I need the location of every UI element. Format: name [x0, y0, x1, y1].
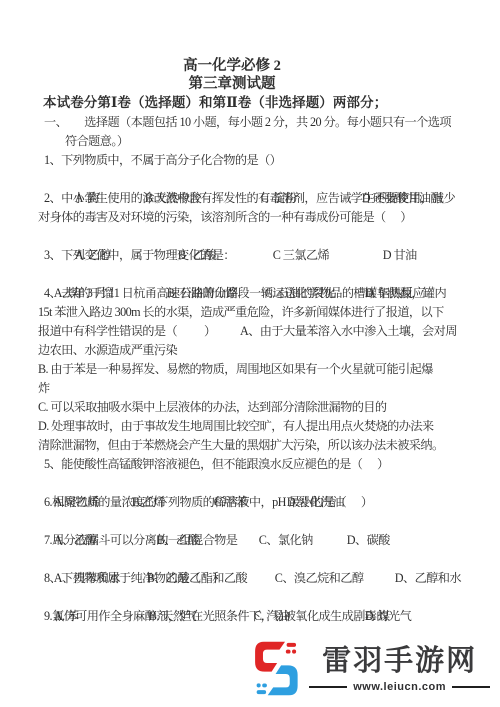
section-header-line1: 一、 选择题（本题包括 10 小题，每小题 2 分，共 20 分。每小题只有一个… — [44, 113, 488, 132]
q4-line-1: 4、去年 3 月 11 日杭甬高速公路萧山路段一辆运送化学物品的槽罐车侧翻，罐内 — [44, 284, 488, 303]
q2-options: A. 乙醇B 乙酸C 三氯乙烯D 甘油 — [65, 227, 488, 246]
q2-option-d: D 甘油 — [383, 246, 417, 265]
q4-option-d-line1: D. 处理事故时，由于事故发生地周围比较空旷，有人提出用点火焚烧的办法来 — [38, 417, 488, 436]
q4-option-c: C. 可以采取抽吸水渠中上层液体的办法，达到部分清除泄漏物的目的 — [38, 398, 488, 417]
q4-option-d-line2: 清除泄漏物，但由于苯燃烧会产生大量的黑烟扩大污染，所以该办法未被采纳。 — [38, 436, 488, 455]
site-watermark: 雷羽手游网 www.leiucn.com — [248, 637, 490, 700]
doc-subtitle: 第三章测试题 — [38, 75, 488, 93]
doc-title: 高一化学必修 2 — [38, 57, 488, 75]
q6-option-c: C、氯化钠 — [259, 531, 347, 550]
q6-option-d: D、碳酸 — [347, 531, 390, 550]
q7-options: A、溴苯和水B、乙酸乙酯和乙酸C、溴乙烷和乙醇D、乙醇和水 — [44, 550, 488, 569]
q8-options: A. 苯B. 天然气C. 汽油D. 煤 — [44, 588, 488, 607]
section-header-line2: 符合题意。） — [65, 132, 488, 151]
q1-stem: 1、下列物质中，不属于高分子化合物的是（） — [44, 151, 488, 170]
q7-option-d: D、乙醇和水 — [395, 569, 461, 588]
q2-stem-line1: 2、中小学生使用的涂改液中含有挥发性的有毒溶剂，应告诫学生不要使用，减少 — [44, 189, 488, 208]
site-url-row: www.leiucn.com — [309, 681, 490, 693]
site-name: 雷羽手游网 — [322, 644, 477, 678]
q9-stem: 9.氯仿可用作全身麻醉剂，但在光照条件下，易被氧化成生成剧毒的光气 — [44, 607, 488, 626]
q1-options: A .酶B 天然橡胶C 淀粉D 硬脂酸甘油酯 — [65, 170, 488, 189]
q4-option-b-line2: 炸 — [38, 379, 488, 398]
q3-options: A. 煤的干馏B. 石油的分馏C. 石油的裂化D. 铝热反应 — [44, 265, 488, 284]
q5-stem: 5、能使酸性高锰酸钾溶液褪色，但不能跟溴水反应褪色的是（ ） — [44, 455, 488, 474]
q4-line-3: 报道中有科学性错误的是（ ） A、由于大量苯溶入水中渗入土壤，会对周 — [38, 322, 488, 341]
q4-option-b-line1: B. 由于苯是一种易挥发、易燃的物质，周围地区如果有一个火星就可能引起爆 — [38, 360, 488, 379]
q4-line-4: 边农田、水源造成严重污染 — [38, 341, 488, 360]
q6-stem: 6.相同物质的量浓度的下列物质的稀溶液中，pH 最小的是（ ） — [44, 493, 488, 512]
q4-line-2: 15t 苯泄入路边 300m 长的水渠，造成严重危险，许多新闻媒体进行了报道，以… — [38, 303, 488, 322]
watermark-text-block: 雷羽手游网 www.leiucn.com — [309, 644, 490, 693]
site-url: www.leiucn.com — [353, 681, 446, 693]
leiyu-logo-icon — [248, 637, 300, 700]
document-page: 高一化学必修 2 第三章测试题 本试卷分第Ⅰ卷（选择题）和第Ⅱ卷（非选择题）两部… — [38, 57, 488, 626]
rule-left — [309, 686, 347, 689]
q7-option-c: C、溴乙烷和乙醇 — [275, 569, 395, 588]
q2-option-c: C 三氯乙烯 — [273, 246, 383, 265]
rule-right — [452, 686, 490, 689]
q2-stem-line2: 对身体的毒害及对环境的污染，该溶剂所含的一种有毒成份可能是（ ） — [38, 208, 488, 227]
q6-options: A、乙醇B、乙酸C、氯化钠D、碳酸 — [44, 512, 488, 531]
q5-options: A.聚乙烯B.乙烯C.甲苯D.裂化汽油 — [44, 474, 488, 493]
exam-intro: 本试卷分第Ⅰ卷（选择题）和第Ⅱ卷（非选择题）两部分； — [43, 93, 488, 113]
